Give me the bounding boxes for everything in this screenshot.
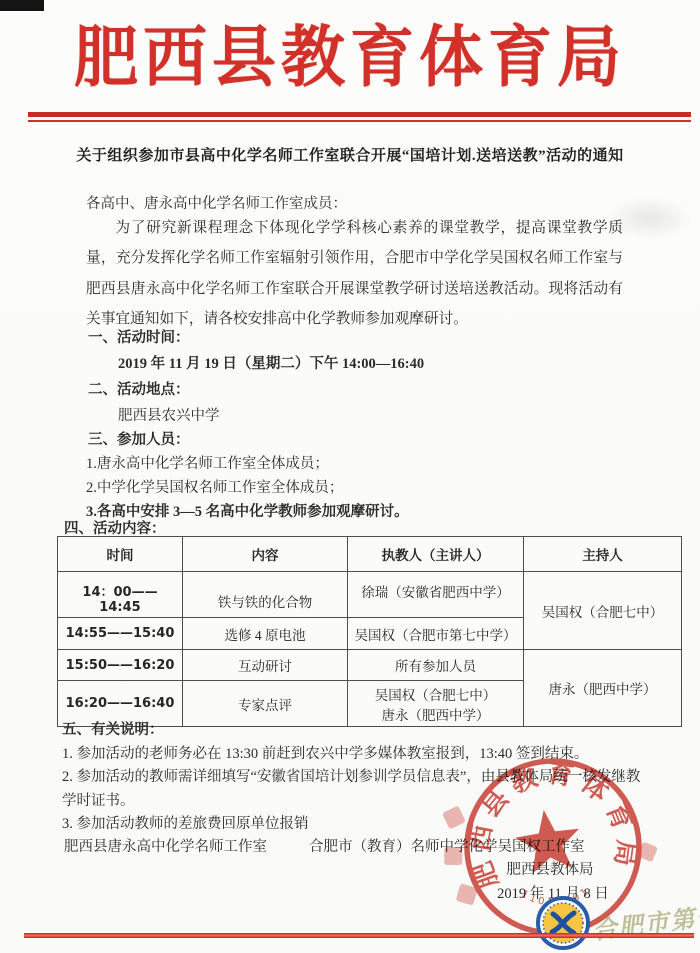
header-cell-host: 主持人 [524,537,682,572]
school-logo-icon [534,894,592,952]
instructor-cell: 所有参加人员 [348,650,524,681]
notice-title: 关于组织参加市县高中化学名师工作室联合开展“国培计划.送培送教”活动的通知 [0,144,700,165]
section2-heading: 二、活动地点： [88,378,190,399]
salutation: 各高中、唐永高中化学名师工作室成员： [86,192,347,213]
letterhead-title: 肥西县教育体育局 [0,10,700,106]
header-rule-thick [28,112,691,117]
header-cell-content: 内容 [183,537,348,572]
section2-body: 肥西县农兴中学 [118,404,220,425]
table-header-row: 时间 内容 执教人（主讲人） 主持人 [58,537,682,572]
time-cell: 15:50——16:20 [58,650,183,681]
host-cell: 唐永（肥西中学） [524,650,682,727]
header-rule-thin [28,120,691,122]
section1-body: 2019 年 11 月 19 日（星期二）下午 14:00—16:40 [118,352,424,373]
instructor-cell: 吴国权（合肥市第七中学） [348,618,524,650]
time-cell: 14：00——14:45 [58,572,183,618]
instructor-line: 吴国权（合肥七中） [352,684,519,704]
section4-heading: 四、活动内容： [64,517,166,538]
bottom-rule [24,933,694,938]
section1-heading: 一、活动时间： [88,326,190,347]
participants-item: 1.唐永高中化学名师工作室全体成员； [86,452,329,473]
table-row: 15:50——16:20 互动研讨 所有参加人员 唐永（肥西中学） [58,650,682,681]
content-cell: 互动研讨 [183,650,348,681]
content-cell: 铁与铁的化合物 [183,572,348,618]
host-cell: 吴国权（合肥七中） [524,572,682,650]
content-cell: 选修 4 原电池 [183,618,348,650]
section3-heading: 三、参加人员： [88,428,190,449]
schedule-table: 时间 内容 执教人（主讲人） 主持人 14：00——14:45 铁与铁的化合物 … [57,536,682,727]
header-cell-instructor: 执教人（主讲人） [348,537,524,572]
header-cell-time: 时间 [58,537,183,572]
intro-paragraph: 为了研究新课程理念下体现化学学科核心素养的课堂教学，提高课堂教学质量，充分发挥化… [86,213,623,335]
seal-star-icon [512,805,585,875]
participants-item: 2.中学化学吴国权名师工作室全体成员； [86,476,343,497]
table-row: 14：00——14:45 铁与铁的化合物 徐瑞（安徽省肥西中学） 吴国权（合肥七… [58,572,682,618]
document-page: 肥西县教育体育局 关于组织参加市县高中化学名师工作室联合开展“国培计划.送培送教… [0,0,700,953]
instructor-cell: 徐瑞（安徽省肥西中学） [348,572,524,618]
time-cell: 14:55——15:40 [58,618,183,650]
org-left: 肥西县唐永高中化学名师工作室 [64,839,267,855]
